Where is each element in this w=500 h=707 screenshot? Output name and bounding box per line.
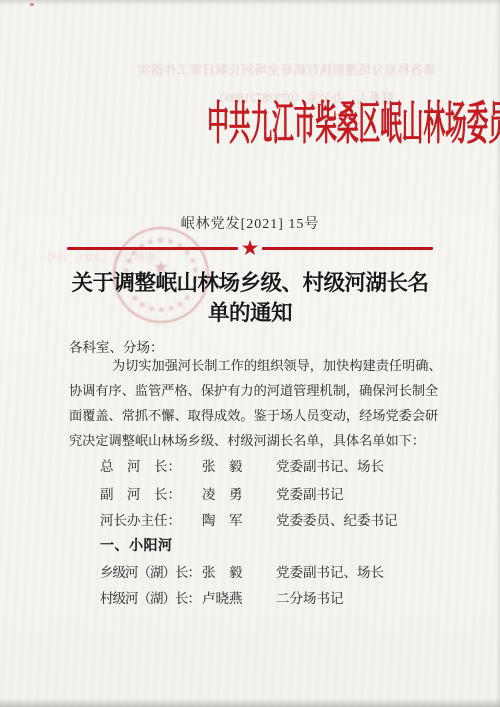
person-name: 卢晓燕 bbox=[202, 587, 243, 607]
paragraph-line-4: 究决定调整岷山林场乡级、村级河湖长名单，具体名单如下： bbox=[69, 430, 425, 449]
appointment-row: 乡级河（湖）长： 张 毅 党委副书记、场长 bbox=[0, 561, 500, 579]
doc-number: 岷林党发[2021] 15号 bbox=[0, 213, 500, 233]
appointment-row: 村级河（湖）长： 卢晓燕 二分场书记 bbox=[0, 587, 500, 605]
doc-title-line-1: 关于调整岷山林场乡级、村级河湖长名 bbox=[0, 266, 500, 297]
appointment-row: 河长办主任： 陶 军 党委委员、纪委书记 bbox=[0, 509, 500, 527]
role-label: 村级河（湖）长： bbox=[100, 587, 200, 607]
appointment-row: 副 河 长： 凌 勇 党委副书记 bbox=[0, 483, 500, 501]
paragraph-line-1: 为切实加强河长制工作的组织领导，加快构建责任明确、 bbox=[112, 355, 442, 374]
paragraph-line-2: 协调有序、监管严格、保护有力的河道管理机制，确保河长制全 bbox=[69, 380, 438, 399]
paper-right-edge bbox=[496, 0, 500, 707]
salutation: 各科室、分场： bbox=[69, 336, 164, 356]
document-page: 请各科室分场遵照执行抓好全场河长制日常工作落实 联系人：办公室（07928721… bbox=[0, 0, 500, 707]
star-icon: ★ bbox=[241, 238, 260, 259]
letterhead-org-title-text: 中共九江市柴桑区岷山林场委员会文件 bbox=[207, 100, 500, 149]
role-label: 乡级河（湖）长： bbox=[100, 561, 200, 581]
paragraph-line-3: 面覆盖、常抓不懈、取得成效。鉴于场人员变动，经场党委会研 bbox=[69, 405, 438, 424]
paper-top-edge bbox=[0, 0, 500, 5]
person-name: 陶 军 bbox=[202, 509, 243, 529]
role-label: 副 河 长： bbox=[100, 483, 181, 503]
person-title: 党委副书记 bbox=[276, 483, 344, 503]
role-label: 总 河 长： bbox=[100, 455, 181, 475]
person-title: 党委副书记、场长 bbox=[276, 561, 384, 581]
person-name: 张 毅 bbox=[202, 455, 243, 475]
person-title: 二分场书记 bbox=[276, 587, 344, 607]
person-name: 张 毅 bbox=[202, 561, 243, 581]
appointment-row: 总 河 长： 张 毅 党委副书记、场长 bbox=[0, 455, 500, 473]
person-title: 党委副书记、场长 bbox=[276, 455, 384, 475]
role-label: 河长办主任： bbox=[100, 509, 181, 529]
rule-right-segment bbox=[262, 247, 433, 250]
section-heading-xiaoyang-river: 一、小阳河 bbox=[100, 535, 173, 555]
bleedthrough-text-line-1: 请各科室分场遵照执行抓好全场河长制日常工作落实 bbox=[176, 60, 436, 78]
letterhead-org-title: 中共九江市柴桑区岷山林场委员会文件 bbox=[0, 100, 500, 149]
person-name: 凌 勇 bbox=[202, 483, 243, 503]
person-title: 党委委员、纪委书记 bbox=[276, 509, 398, 529]
paper-bottom-edge bbox=[0, 698, 500, 707]
doc-title-line-2: 单的通知 bbox=[0, 296, 500, 327]
